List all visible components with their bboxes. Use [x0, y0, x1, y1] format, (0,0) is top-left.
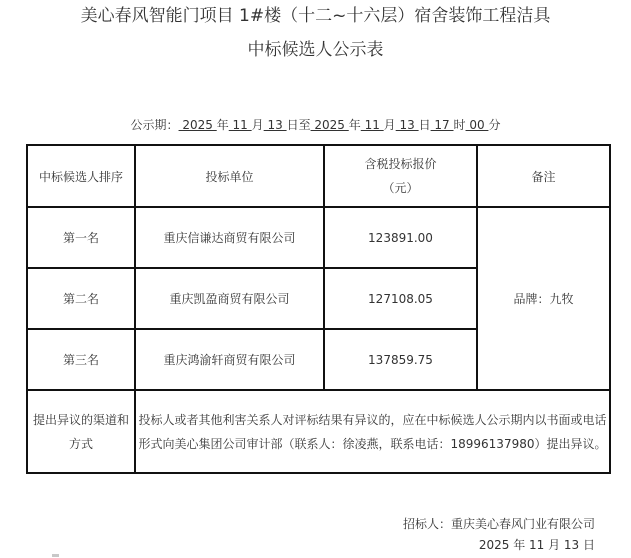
bidder-cell: 重庆凯盈商贸有限公司: [135, 268, 324, 329]
table-header-row: 中标候选人排序 投标单位 含税投标报价 （元） 备注: [27, 145, 610, 207]
end-hour: 17: [431, 118, 454, 132]
start-year: 2025: [179, 118, 217, 132]
header-price: 含税投标报价 （元）: [324, 145, 477, 207]
header-price-line1: 含税投标报价: [325, 152, 476, 176]
table-row: 第一名 重庆信谦达商贸有限公司 123891.00 品牌：九牧: [27, 207, 610, 268]
price-cell: 123891.00: [324, 207, 477, 268]
start-day: 13: [264, 118, 287, 132]
minute-char: 分: [488, 118, 500, 132]
remarks-cell: 品牌：九牧: [477, 207, 610, 390]
day-char: 日: [419, 118, 431, 132]
price-cell: 137859.75: [324, 329, 477, 390]
year-char: 年: [349, 118, 361, 132]
bidder-cell: 重庆信谦达商贸有限公司: [135, 207, 324, 268]
objection-row: 提出异议的渠道和方式 投标人或者其他利害关系人对评标结果有异议的，应在中标候选人…: [27, 390, 610, 473]
publicity-period: 公示期： 2025 年 11 月 13 日至 2025 年 11 月 13 日 …: [0, 116, 631, 134]
day-to: 日至: [287, 118, 311, 132]
header-remarks: 备注: [477, 145, 610, 207]
end-month: 11: [361, 118, 384, 132]
candidates-table: 中标候选人排序 投标单位 含税投标报价 （元） 备注 第一名 重庆信谦达商贸有限…: [26, 144, 611, 474]
month-char: 月: [384, 118, 396, 132]
document-title: 美心春风智能门项目 1#楼（十二~十六层）宿舍装饰工程洁具: [0, 4, 631, 28]
objection-label: 提出异议的渠道和方式: [27, 390, 135, 473]
objection-content: 投标人或者其他利害关系人对评标结果有异议的，应在中标候选人公示期内以书面或电话形…: [135, 390, 610, 473]
year-char: 年: [217, 118, 229, 132]
header-rank: 中标候选人排序: [27, 145, 135, 207]
bidder-cell: 重庆鸿渝轩商贸有限公司: [135, 329, 324, 390]
issue-date: 2025 年 11 月 13 日: [479, 536, 595, 553]
hour-char: 时: [454, 118, 466, 132]
end-minute: 00: [466, 118, 489, 132]
end-year: 2025: [311, 118, 349, 132]
rank-cell: 第三名: [27, 329, 135, 390]
start-month: 11: [229, 118, 252, 132]
end-day: 13: [396, 118, 419, 132]
month-char: 月: [252, 118, 264, 132]
rank-cell: 第一名: [27, 207, 135, 268]
issuer: 招标人：重庆美心春风门业有限公司: [403, 515, 595, 532]
decorative-mark: [52, 554, 59, 557]
period-label: 公示期：: [131, 118, 179, 132]
header-bidder: 投标单位: [135, 145, 324, 207]
rank-cell: 第二名: [27, 268, 135, 329]
document-subtitle: 中标候选人公示表: [0, 38, 631, 62]
price-cell: 127108.05: [324, 268, 477, 329]
header-price-line2: （元）: [325, 176, 476, 200]
